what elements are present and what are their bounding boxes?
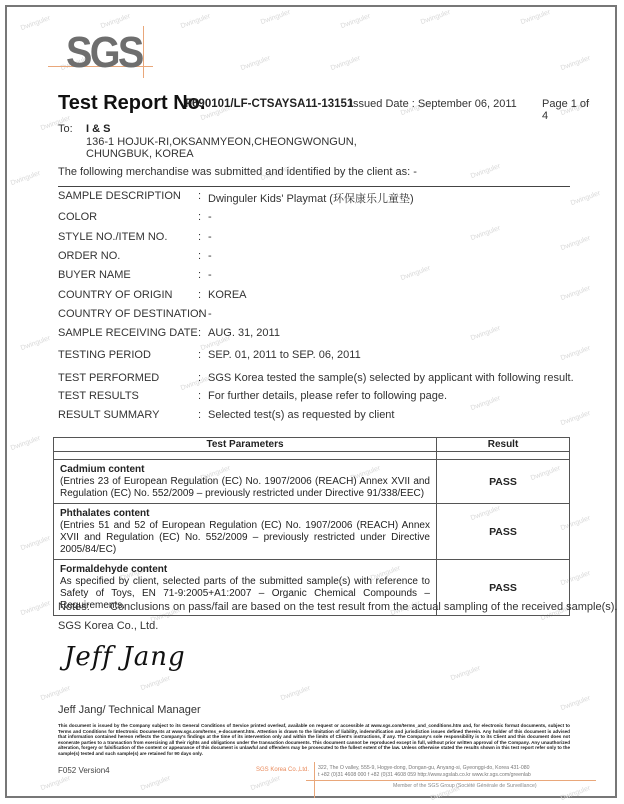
legal-disclaimer: This document is issued by the Company s… <box>58 723 570 757</box>
field-value: AUG. 31, 2011 <box>208 327 280 339</box>
test-name: Formaldehyde content <box>60 564 430 576</box>
sgs-logo: SGS <box>66 28 142 78</box>
test-description: (Entries 23 of European Regulation (EC) … <box>60 476 430 499</box>
field-label: SAMPLE RECEIVING DATE <box>58 327 198 339</box>
field-label: COUNTRY OF ORIGIN <box>58 289 173 301</box>
test-name: Phthalates content <box>60 508 430 520</box>
report-header: Test Report No. F690101/LF-CTSAYSA11-131… <box>58 92 598 116</box>
field-row: TEST RESULTS:For further details, please… <box>58 390 598 404</box>
field-label: TEST PERFORMED <box>58 372 159 384</box>
field-value: SEP. 01, 2011 to SEP. 06, 2011 <box>208 349 361 361</box>
company-name: SGS Korea Co., Ltd. <box>58 620 158 632</box>
form-version: F052 Version4 <box>58 766 110 775</box>
field-value: Dwinguler Kids' Playmat (环保康乐儿童垫) <box>208 190 414 206</box>
report-number: F690101/LF-CTSAYSA11-13151 <box>185 98 353 110</box>
field-colon: : <box>198 327 201 339</box>
signer-name: Jeff Jang/ Technical Manager <box>58 704 201 716</box>
notes-text: Conclusions on pass/fail are based on th… <box>110 601 617 613</box>
field-colon: : <box>198 289 201 301</box>
field-colon: : <box>198 308 201 320</box>
field-colon: : <box>198 349 201 361</box>
field-row: BUYER NAME:- <box>58 269 598 283</box>
divider <box>58 186 570 187</box>
field-colon: : <box>198 390 201 402</box>
field-label: COUNTRY OF DESTINATION <box>58 308 207 320</box>
table-row: Phthalates content(Entries 51 and 52 of … <box>54 504 570 560</box>
field-label: ORDER NO. <box>58 250 120 262</box>
results-table: Test Parameters Result Cadmium content(E… <box>53 437 570 616</box>
field-label: BUYER NAME <box>58 269 131 281</box>
field-row: STYLE NO./ITEM NO.:- <box>58 231 598 245</box>
field-value: KOREA <box>208 289 247 301</box>
footer-horizontal-line <box>306 780 596 781</box>
field-value: For further details, please refer to fol… <box>208 390 447 402</box>
field-value: - <box>208 231 212 243</box>
field-colon: : <box>198 190 201 202</box>
field-row: TEST PERFORMED:SGS Korea tested the samp… <box>58 372 598 386</box>
page-number: Page 1 of 4 <box>542 98 598 122</box>
field-row: TESTING PERIOD:SEP. 01, 2011 to SEP. 06,… <box>58 349 598 363</box>
table-row: Cadmium content(Entries 23 of European R… <box>54 460 570 504</box>
field-colon: : <box>198 269 201 281</box>
test-parameter-cell: Phthalates content(Entries 51 and 52 of … <box>54 504 437 560</box>
field-value: - <box>208 269 212 281</box>
spacer-cell <box>437 452 570 460</box>
addressee-address-line2: CHUNGBUK, KOREA <box>86 148 194 160</box>
intro-text: The following merchandise was submitted … <box>58 166 417 178</box>
to-label: To: <box>58 123 73 135</box>
test-result: PASS <box>437 460 570 504</box>
footer-company: SGS Korea Co.,Ltd. <box>256 767 309 773</box>
notes-label: Notes: <box>58 601 90 613</box>
test-name: Cadmium content <box>60 464 430 476</box>
field-row: COUNTRY OF DESTINATION:- <box>58 308 598 322</box>
field-row: COUNTRY OF ORIGIN:KOREA <box>58 289 598 303</box>
field-value: - <box>208 308 212 320</box>
field-colon: : <box>198 372 201 384</box>
field-colon: : <box>198 231 201 243</box>
logo-vertical-line <box>143 26 144 78</box>
field-colon: : <box>198 211 201 223</box>
header-result: Result <box>437 438 570 452</box>
field-colon: : <box>198 250 201 262</box>
footer-member: Member of the SGS Group (Société Général… <box>393 783 537 789</box>
field-row: ORDER NO.:- <box>58 250 598 264</box>
field-value: Selected test(s) as requested by client <box>208 409 394 421</box>
field-row: RESULT SUMMARY:Selected test(s) as reque… <box>58 409 598 423</box>
field-row: SAMPLE RECEIVING DATE:AUG. 31, 2011 <box>58 327 598 341</box>
header-test-parameters: Test Parameters <box>54 438 437 452</box>
field-value: SGS Korea tested the sample(s) selected … <box>208 372 574 384</box>
field-label: TESTING PERIOD <box>58 349 151 361</box>
field-row: SAMPLE DESCRIPTION:Dwinguler Kids' Playm… <box>58 190 598 204</box>
footer-contact: t +82 (0)31 4608 000 f +82 (0)31 4608 05… <box>318 772 531 778</box>
issued-date: Issued Date : September 06, 2011 <box>350 98 517 110</box>
test-description: (Entries 51 and 52 of European Regulatio… <box>60 520 430 555</box>
field-label: SAMPLE DESCRIPTION <box>58 190 181 202</box>
field-value: - <box>208 211 212 223</box>
addressee-name: I & S <box>86 123 110 135</box>
table-spacer-row <box>54 452 570 460</box>
field-row: COLOR:- <box>58 211 598 225</box>
signature: Jeff Jang <box>64 642 186 672</box>
test-result: PASS <box>437 504 570 560</box>
field-label: STYLE NO./ITEM NO. <box>58 231 167 243</box>
test-parameter-cell: Cadmium content(Entries 23 of European R… <box>54 460 437 504</box>
spacer-cell <box>54 452 437 460</box>
field-label: RESULT SUMMARY <box>58 409 159 421</box>
footer-address: 322, The O valley, 555-9, Hogye-dong, Do… <box>318 765 529 771</box>
field-colon: : <box>198 409 201 421</box>
field-label: TEST RESULTS <box>58 390 139 402</box>
field-label: COLOR <box>58 211 97 223</box>
report-title: Test Report No. <box>58 92 205 115</box>
addressee-address-line1: 136-1 HOJUK-RI,OKSANMYEON,CHEONGWONGUN, <box>86 136 357 148</box>
field-value: - <box>208 250 212 262</box>
